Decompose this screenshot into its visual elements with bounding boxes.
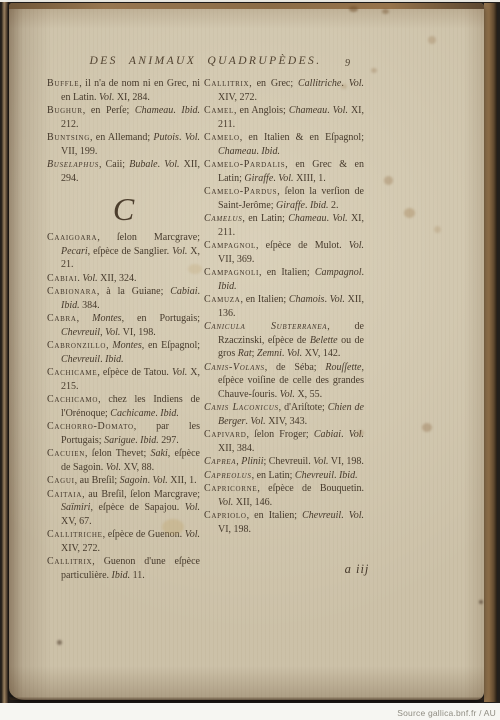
page-title: DES ANIMAUX QUADRUPÈDES. — [47, 55, 364, 69]
index-entry: Capivard, ſelon Froger; Cabiai. Vol. XII… — [204, 428, 364, 455]
entry-headword: Camelus — [204, 213, 242, 224]
running-header: DES ANIMAUX QUADRUPÈDES. 9 — [47, 55, 364, 71]
index-entry: Camelo, en Italien & en Eſpagnol; Chamea… — [204, 131, 364, 158]
entry-headword: Cabronzillo — [47, 340, 106, 351]
index-entry: Campagnoli, en Italien; Campagnol. Ibid. — [204, 266, 364, 293]
book-fore-edge — [484, 3, 497, 702]
page-bottom-edge — [9, 697, 484, 700]
entry-headword: Bughur — [47, 105, 83, 116]
index-entry: Cachorro-Domato, par les Portugais; Sari… — [47, 420, 200, 447]
stain — [479, 600, 483, 604]
index-entry: Camelo-Pardalis, en Grec & en Latin; Gir… — [204, 158, 364, 185]
section-heading: C — [47, 185, 200, 231]
index-entry: Cacuien, ſelon Thevet; Saki, eſpèce de S… — [47, 447, 200, 474]
entry-headword: Cachorro-Domato — [47, 421, 134, 432]
stain — [428, 36, 436, 44]
index-entry: Buselaphus, Caii; Bubale. Vol. XII, 294. — [47, 158, 200, 185]
index-column-left: Buffle, il n'a de nom ni en Grec, ni en … — [47, 77, 200, 582]
stain — [382, 9, 389, 14]
text-block: DES ANIMAUX QUADRUPÈDES. 9 Buffle, il n'… — [47, 55, 364, 582]
index-entry: Camelo-Pardus, ſelon la verſion de Saint… — [204, 185, 364, 212]
entry-headword: Canis-Volans — [204, 362, 265, 373]
index-entry: Buntsing, en Allemand; Putois. Vol. VII,… — [47, 131, 200, 158]
index-entry: Caaigoara, ſelon Marcgrave; Pecari, eſpè… — [47, 231, 200, 272]
entry-headword: Caprea — [204, 456, 236, 467]
stain — [404, 208, 415, 218]
index-entry: Buffle, il n'a de nom ni en Grec, ni en … — [47, 77, 200, 104]
entry-headword: Cacuien — [47, 448, 85, 459]
entry-headword: Canis Laconicus — [204, 402, 279, 413]
entry-headword: Camuza — [204, 294, 241, 305]
entry-headword: Capriolo — [204, 510, 247, 521]
index-entry: Callitrix, en Grec; Callitriche. Vol. XI… — [204, 77, 364, 104]
index-entry: Cabra, Montes, en Portugais; Chevreuil, … — [47, 312, 200, 339]
page-number: 9 — [345, 57, 350, 71]
entry-headword: Cabiai — [47, 273, 77, 284]
entry-headword: Canicula Subterranea — [204, 321, 327, 332]
entry-headword: Camel — [204, 105, 234, 116]
index-entry: Cachicame, eſpèce de Tatou. Vol. X, 215. — [47, 366, 200, 393]
entry-headword: Cabra — [47, 313, 77, 324]
entry-headword: Cagui — [47, 475, 75, 486]
entry-headword: Caitaia — [47, 489, 82, 500]
index-entry: Caprea, Plinii; Chevreuil. Vol. VI, 198. — [204, 455, 364, 469]
entry-headword: Callitrix — [47, 556, 92, 567]
entry-headword: Buntsing — [47, 132, 90, 143]
entry-headword: Capivard — [204, 429, 246, 440]
index-entry: Canicula Subterranea, de Rzaczinski, eſp… — [204, 320, 364, 361]
index-entry: Caitaia, au Breſil, ſelon Marcgrave; Saï… — [47, 488, 200, 529]
index-entry: Capricorne, eſpèce de Bouquetin. Vol. XI… — [204, 482, 364, 509]
index-entry: Camel, en Anglois; Chameau. Vol. XI, 211… — [204, 104, 364, 131]
index-entry: Capreolus, en Latin; Chevreuil. Ibid. — [204, 469, 364, 483]
index-entry: Bughur, en Perſe; Chameau. Ibid. 212. — [47, 104, 200, 131]
index-entry: Callitriche, eſpèce de Guenon. Vol. XIV,… — [47, 528, 200, 555]
index-entry: Canis Laconicus, d'Ariſtote; Chien de Be… — [204, 401, 364, 428]
entry-headword: Camelo-Pardus — [204, 186, 277, 197]
entry-headword: Capricorne — [204, 483, 257, 494]
entry-headword: Cachicamo — [47, 394, 98, 405]
index-entry: Callitrix, Guenon d'une eſpèce particuli… — [47, 555, 200, 582]
gathering-signature: a iij — [327, 563, 387, 577]
stain — [422, 423, 432, 432]
entry-headword: Callitriche — [47, 529, 103, 540]
entry-headword: Camelo-Pardalis — [204, 159, 285, 170]
book-spine-edge — [1, 2, 9, 714]
index-entry: Camelus, en Latin; Chameau. Vol. XI, 211… — [204, 212, 364, 239]
book-page: DES ANIMAUX QUADRUPÈDES. 9 Buffle, il n'… — [9, 3, 484, 700]
entry-headword: Capreolus — [204, 470, 252, 481]
entry-headword: Buffle — [47, 78, 79, 89]
index-entry: Camuza, en Italien; Chamois. Vol. XII, 1… — [204, 293, 364, 320]
entry-headword: Cabionara — [47, 286, 97, 297]
page-top-edge — [9, 3, 484, 9]
entry-headword: Cachicame — [47, 367, 97, 378]
scan-bottom-band: Source gallica.bnf.fr / AU — [0, 703, 500, 720]
index-entry: Cagui, au Breſil; Sagoin. Vol. XII, 1. — [47, 474, 200, 488]
entry-headword: Buselaphus — [47, 159, 99, 170]
entry-headword: Caaigoara — [47, 232, 97, 243]
scan-top-edge — [0, 0, 500, 2]
entry-headword: Camelo — [204, 132, 240, 143]
stain — [371, 68, 377, 73]
stain — [384, 176, 393, 185]
gallica-watermark: Source gallica.bnf.fr / AU — [397, 708, 500, 718]
index-entry: Campagnol, eſpèce de Mulot. Vol. VII, 36… — [204, 239, 364, 266]
entry-headword: Campagnol — [204, 240, 256, 251]
entry-headword: Campagnoli — [204, 267, 259, 278]
index-entry: Canis-Volans, de Séba; Rouſſette, eſpèce… — [204, 361, 364, 402]
index-column-right: Callitrix, en Grec; Callitriche. Vol. XI… — [204, 77, 364, 582]
index-columns: Buffle, il n'a de nom ni en Grec, ni en … — [47, 77, 364, 582]
scanned-book-page: { "page": { "title": "DES ANIMAUX QUADRU… — [0, 0, 500, 720]
index-entry: Cabiai. Vol. XII, 324. — [47, 272, 200, 286]
index-entry: Cabronzillo, Montes, en Eſpagnol; Chevre… — [47, 339, 200, 366]
index-entry: Cachicamo, chez les Indiens de l'Orénoqu… — [47, 393, 200, 420]
entry-headword: Callitrix — [204, 78, 249, 89]
index-entry: Cabionara, à la Guiane; Cabiai. Ibid. 38… — [47, 285, 200, 312]
index-entry: Capriolo, en Italien; Chevreuil. Vol. VI… — [204, 509, 364, 536]
stain — [57, 640, 62, 645]
stain — [434, 226, 441, 233]
